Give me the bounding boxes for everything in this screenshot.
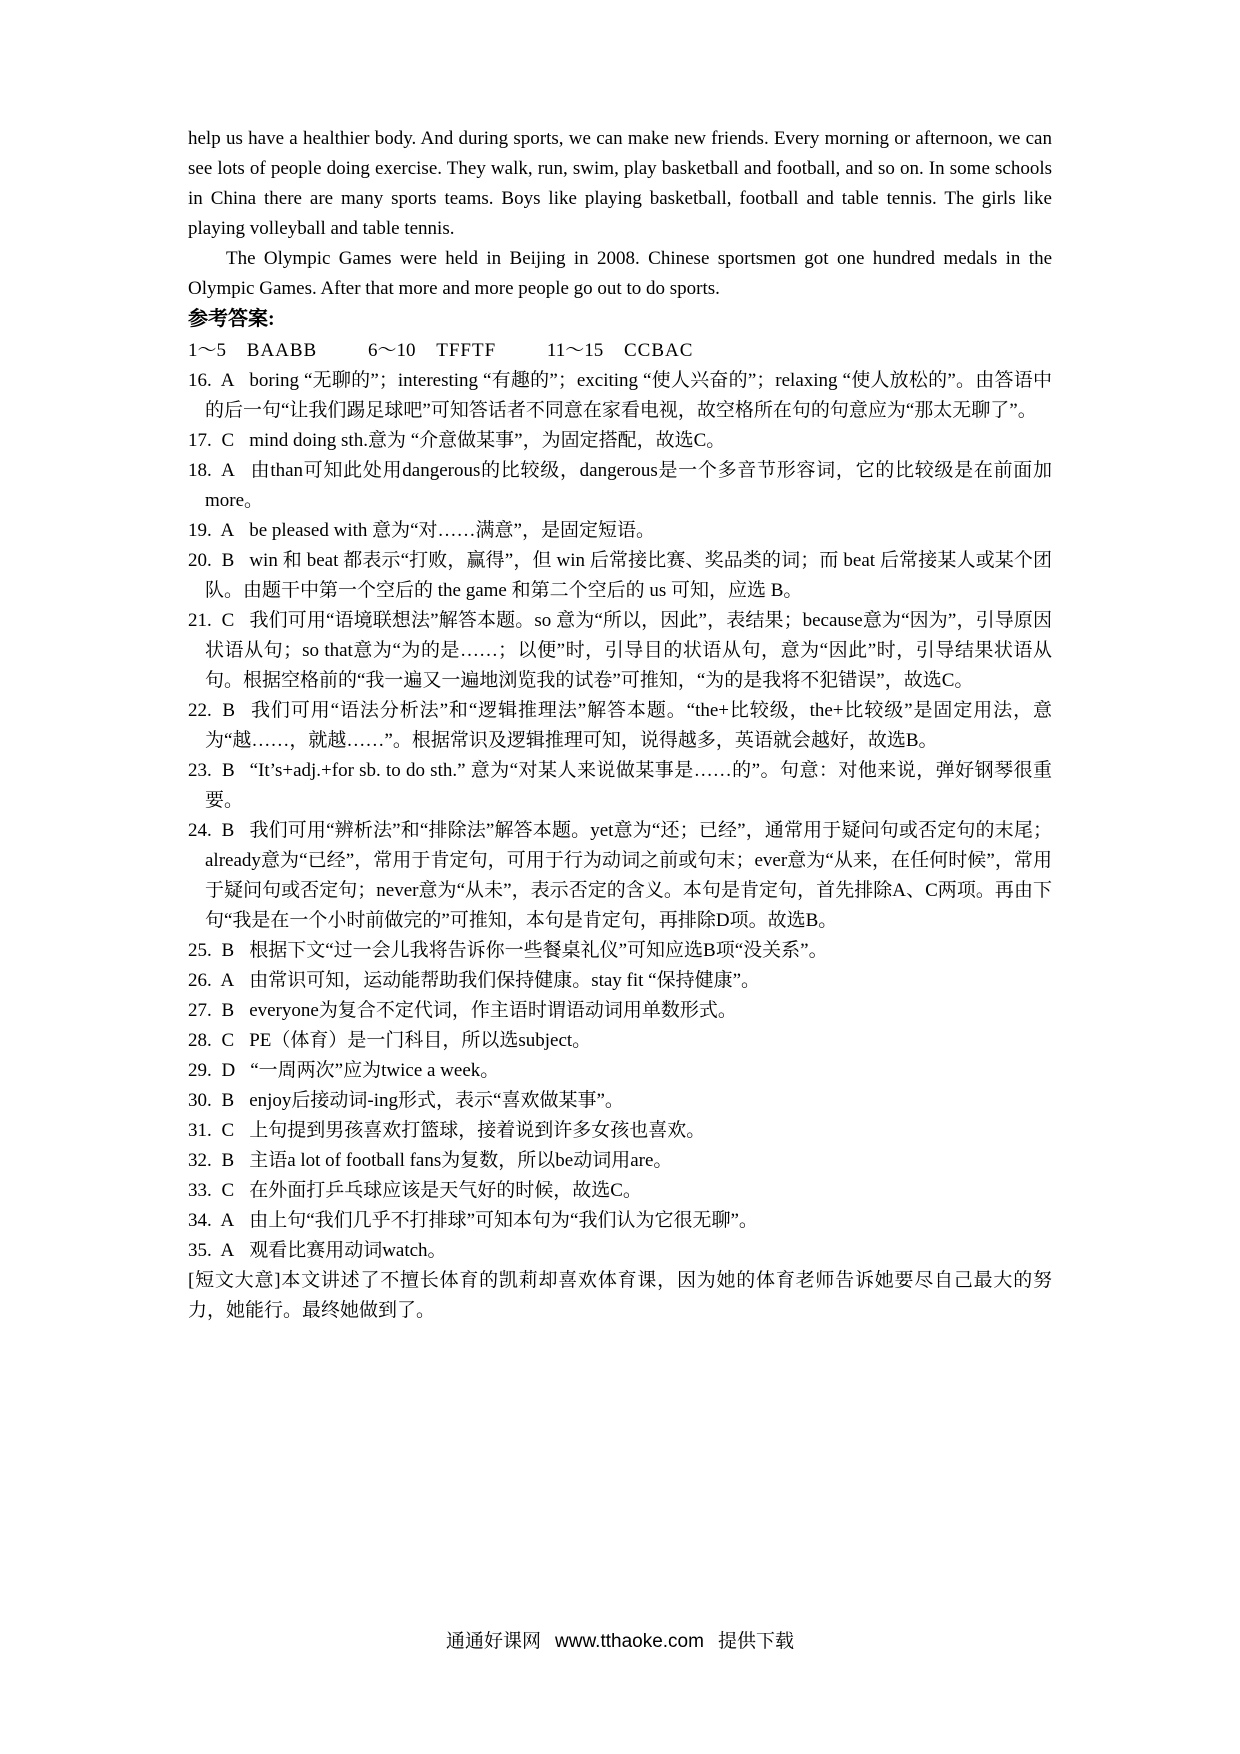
item-explanation: enjoy后接动词-ing形式，表示“喜欢做某事”。 <box>249 1090 624 1111</box>
item-number-and-answer: 29. D <box>188 1060 235 1081</box>
item-number-and-answer: 24. B <box>188 820 234 841</box>
paragraph-olympic-games: The Olympic Games were held in Beijing i… <box>188 244 1052 304</box>
answer-item: 27. Beveryone为复合不定代词，作主语时谓语动词用单数形式。 <box>188 996 1052 1026</box>
answer-item: 30. Benjoy后接动词-ing形式，表示“喜欢做某事”。 <box>188 1086 1052 1116</box>
answer-item: 22. B我们可用“语法分析法”和“逻辑推理法”解答本题。“the+比较级，th… <box>188 696 1052 756</box>
item-number-and-answer: 28. C <box>188 1030 234 1051</box>
answer-item: 33. C在外面打乒乓球应该是天气好的时候，故选C。 <box>188 1176 1052 1206</box>
item-number-and-answer: 20. B <box>188 550 234 571</box>
answer-item: 20. Bwin 和 beat 都表示“打败，赢得”，但 win 后常接比赛、奖… <box>188 546 1052 606</box>
item-number-and-answer: 35. A <box>188 1240 234 1261</box>
item-explanation: boring “无聊的”；interesting “有趣的”；exciting … <box>205 370 1052 421</box>
document-page: help us have a healthier body. And durin… <box>0 0 1240 1754</box>
item-number-and-answer: 22. B <box>188 700 235 721</box>
item-number-and-answer: 32. B <box>188 1150 234 1171</box>
item-number-and-answer: 21. C <box>188 610 234 631</box>
item-number-and-answer: 25. B <box>188 940 234 961</box>
item-number-and-answer: 23. B <box>188 760 235 781</box>
item-number-and-answer: 31. C <box>188 1120 234 1141</box>
passage-summary: [短文大意]本文讲述了不擅长体育的凯莉却喜欢体育课，因为她的体育老师告诉她要尽自… <box>188 1266 1052 1326</box>
answer-letters: TFFTF <box>436 340 496 361</box>
item-explanation: 由than可知此处用dangerous的比较级，dangerous是一个多音节形… <box>205 460 1052 511</box>
answer-explanations-list: 16. Aboring “无聊的”；interesting “有趣的”；exci… <box>188 366 1052 1266</box>
item-number-and-answer: 34. A <box>188 1210 234 1231</box>
item-explanation: 由上句“我们几乎不打排球”可知本句为“我们认为它很无聊”。 <box>249 1210 758 1231</box>
paragraph-english-continuation: help us have a healthier body. And durin… <box>188 124 1052 244</box>
footer-suffix: 提供下载 <box>718 1631 794 1652</box>
answer-item: 31. C上句提到男孩喜欢打篮球，接着说到许多女孩也喜欢。 <box>188 1116 1052 1146</box>
item-explanation: 我们可用“辨析法”和“排除法”解答本题。yet意为“还；已经”，通常用于疑问句或… <box>205 820 1052 931</box>
item-explanation: win 和 beat 都表示“打败，赢得”，但 win 后常接比赛、奖品类的词；… <box>205 550 1052 601</box>
answer-item: 26. A由常识可知，运动能帮助我们保持健康。stay fit “保持健康”。 <box>188 966 1052 996</box>
answers-heading: 参考答案: <box>188 304 1052 335</box>
item-explanation: 我们可用“语境联想法”解答本题。so 意为“所以，因此”，表结果；because… <box>205 610 1052 691</box>
answer-letters: CCBAC <box>624 340 693 361</box>
item-number-and-answer: 26. A <box>188 970 234 991</box>
item-number-and-answer: 33. C <box>188 1180 234 1201</box>
item-explanation: “一周两次”应为twice a week。 <box>250 1060 499 1081</box>
answer-item: 32. B主语a lot of football fans为复数，所以be动词用… <box>188 1146 1052 1176</box>
answer-item: 29. D“一周两次”应为twice a week。 <box>188 1056 1052 1086</box>
item-number-and-answer: 18. A <box>188 460 235 481</box>
answer-item: 23. B“It’s+adj.+for sb. to do sth.” 意为“对… <box>188 756 1052 816</box>
answer-group: 11～15 CCBAC <box>547 340 739 361</box>
answer-item: 19. Abe pleased with 意为“对……满意”，是固定短语。 <box>188 516 1052 546</box>
item-explanation: 主语a lot of football fans为复数，所以be动词用are。 <box>249 1150 672 1171</box>
footer-url: www.tthaoke.com <box>555 1631 704 1652</box>
item-explanation: 在外面打乒乓球应该是天气好的时候，故选C。 <box>249 1180 642 1201</box>
question-range: 6～10 <box>368 340 416 361</box>
item-number-and-answer: 27. B <box>188 1000 234 1021</box>
answer-item: 28. CPE（体育）是一门科目，所以选subject。 <box>188 1026 1052 1056</box>
document-content: help us have a healthier body. And durin… <box>188 124 1052 1326</box>
item-number-and-answer: 19. A <box>188 520 234 541</box>
answer-summary-row: 1～5 BAABB 6～10 TFFTF 11～15 CCBAC <box>188 335 1052 366</box>
item-number-and-answer: 16. A <box>188 370 234 391</box>
answer-letters: BAABB <box>247 340 317 361</box>
answer-group: 1～5 BAABB <box>188 340 368 361</box>
item-number-and-answer: 17. C <box>188 430 234 451</box>
answer-item: 18. A由than可知此处用dangerous的比较级，dangerous是一… <box>188 456 1052 516</box>
footer-site-name: 通通好课网 <box>446 1631 541 1652</box>
item-explanation: 上句提到男孩喜欢打篮球，接着说到许多女孩也喜欢。 <box>249 1120 705 1141</box>
answer-item: 24. B我们可用“辨析法”和“排除法”解答本题。yet意为“还；已经”，通常用… <box>188 816 1052 936</box>
page-footer: 通通好课网www.tthaoke.com提供下载 <box>0 1626 1240 1653</box>
answer-item: 34. A由上句“我们几乎不打排球”可知本句为“我们认为它很无聊”。 <box>188 1206 1052 1236</box>
item-explanation: “It’s+adj.+for sb. to do sth.” 意为“对某人来说做… <box>205 760 1052 811</box>
item-explanation: 我们可用“语法分析法”和“逻辑推理法”解答本题。“the+比较级，the+比较级… <box>205 700 1052 751</box>
answer-item: 35. A观看比赛用动词watch。 <box>188 1236 1052 1266</box>
item-explanation: mind doing sth.意为 “介意做某事”，为固定搭配，故选C。 <box>249 430 725 451</box>
item-explanation: everyone为复合不定代词，作主语时谓语动词用单数形式。 <box>249 1000 737 1021</box>
answer-item: 16. Aboring “无聊的”；interesting “有趣的”；exci… <box>188 366 1052 426</box>
answer-item: 17. Cmind doing sth.意为 “介意做某事”，为固定搭配，故选C… <box>188 426 1052 456</box>
answer-item: 25. B根据下文“过一会儿我将告诉你一些餐桌礼仪”可知应选B项“没关系”。 <box>188 936 1052 966</box>
item-explanation: 观看比赛用动词watch。 <box>249 1240 446 1261</box>
item-explanation: be pleased with 意为“对……满意”，是固定短语。 <box>249 520 655 541</box>
item-explanation: 由常识可知，运动能帮助我们保持健康。stay fit “保持健康”。 <box>249 970 760 991</box>
item-explanation: 根据下文“过一会儿我将告诉你一些餐桌礼仪”可知应选B项“没关系”。 <box>249 940 827 961</box>
item-number-and-answer: 30. B <box>188 1090 234 1111</box>
question-range: 1～5 <box>188 340 226 361</box>
answer-group: 6～10 TFFTF <box>368 340 547 361</box>
question-range: 11～15 <box>547 340 603 361</box>
item-explanation: PE（体育）是一门科目，所以选subject。 <box>249 1030 591 1051</box>
answer-item: 21. C我们可用“语境联想法”解答本题。so 意为“所以，因此”，表结果；be… <box>188 606 1052 696</box>
